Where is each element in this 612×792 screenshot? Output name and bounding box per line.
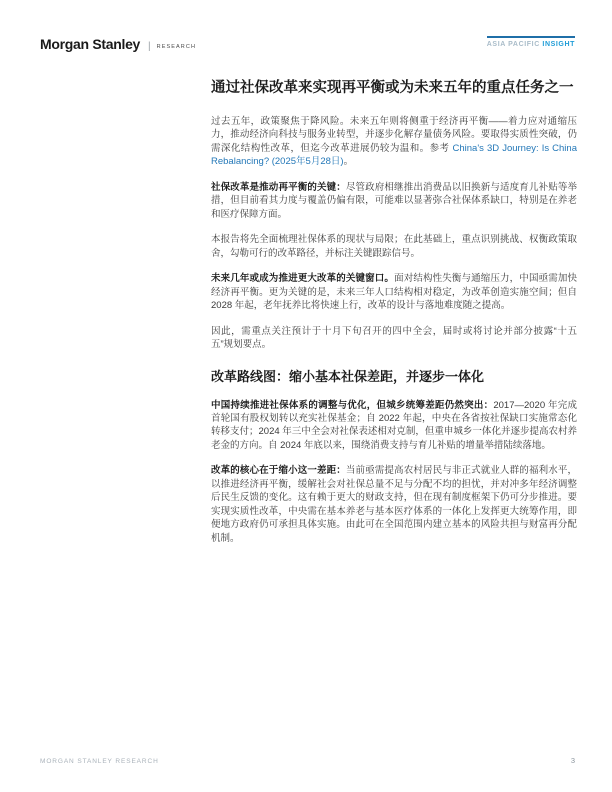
brand-lockup: Morgan Stanley | RESEARCH: [40, 36, 196, 52]
paragraph-text: 。: [344, 156, 354, 167]
paragraph-overview: 过去五年，政策聚焦于降风险。未来五年则将侧重于经济再平衡——着力应对通缩压力，推…: [211, 115, 577, 169]
page-header: Morgan Stanley | RESEARCH ASIA PACIFIC I…: [40, 36, 575, 52]
paragraph-lead-bold: 中国持续推进社保体系的调整与优化，但城乡统筹差距仍然突出：: [211, 400, 493, 411]
footer-brand-label: MORGAN STANLEY RESEARCH: [40, 758, 159, 765]
brand-logo: Morgan Stanley: [40, 36, 140, 52]
paragraph-plenum-note: 因此，需重点关注预计于十月下旬召开的四中全会，届时或将讨论并部分披露“十五五”规…: [211, 325, 577, 352]
page-number: 3: [571, 756, 575, 765]
report-page: Morgan Stanley | RESEARCH ASIA PACIFIC I…: [0, 0, 612, 792]
paragraph-policy-history: 中国持续推进社保体系的调整与优化，但城乡统筹差距仍然突出：2017—2020 年…: [211, 399, 577, 453]
paragraph-lead-bold: 改革的核心在于缩小这一差距：: [211, 465, 346, 476]
document-body: 通过社保改革来实现再平衡或为未来五年的重点任务之一 过去五年，政策聚焦于降风险。…: [211, 79, 577, 557]
paragraph-text: 当前亟需提高农村居民与非正式就业人群的福利水平，以推进经济再平衡，缓解社会对社保…: [211, 465, 577, 543]
paragraph-text: 本报告将先全面梳理社保体系的现状与局限；在此基础上，重点识别挑战、权衡政策取舍，…: [211, 234, 577, 258]
badge-accent-bar: [487, 36, 575, 38]
paragraph-lead-bold: 社保改革是推动再平衡的关键：: [211, 182, 346, 193]
paragraph-report-scope: 本报告将先全面梳理社保体系的现状与局限；在此基础上，重点识别挑战、权衡政策取舍，…: [211, 233, 577, 260]
paragraph-reform-window: 未来几年或成为推进更大改革的关键窗口。面对结构性失衡与通缩压力，中国亟需加快经济…: [211, 272, 577, 312]
paragraph-key-point: 社保改革是推动再平衡的关键：尽管政府相继推出消费品以旧换新与适度育儿补贴等举措，…: [211, 181, 577, 221]
page-footer: MORGAN STANLEY RESEARCH 3: [40, 756, 575, 765]
paragraph-reform-core: 改革的核心在于缩小这一差距：当前亟需提高农村居民与非正式就业人群的福利水平，以推…: [211, 464, 577, 545]
report-type-badge: ASIA PACIFIC INSIGHT: [487, 36, 575, 48]
brand-divider: |: [148, 41, 151, 52]
paragraph-lead-bold: 未来几年或成为推进更大改革的关键窗口。: [211, 273, 394, 284]
brand-division-label: RESEARCH: [157, 44, 196, 50]
section-title: 通过社保改革来实现再平衡或为未来五年的重点任务之一: [211, 79, 577, 98]
badge-region-label: ASIA PACIFIC: [487, 41, 543, 48]
badge-text: ASIA PACIFIC INSIGHT: [487, 41, 575, 48]
badge-type-label: INSIGHT: [542, 41, 575, 48]
subsection-title: 改革路线图：缩小基本社保差距，并逐步一体化: [211, 369, 577, 386]
paragraph-text: 因此，需重点关注预计于十月下旬召开的四中全会，届时或将讨论并部分披露“十五五”规…: [211, 326, 577, 350]
